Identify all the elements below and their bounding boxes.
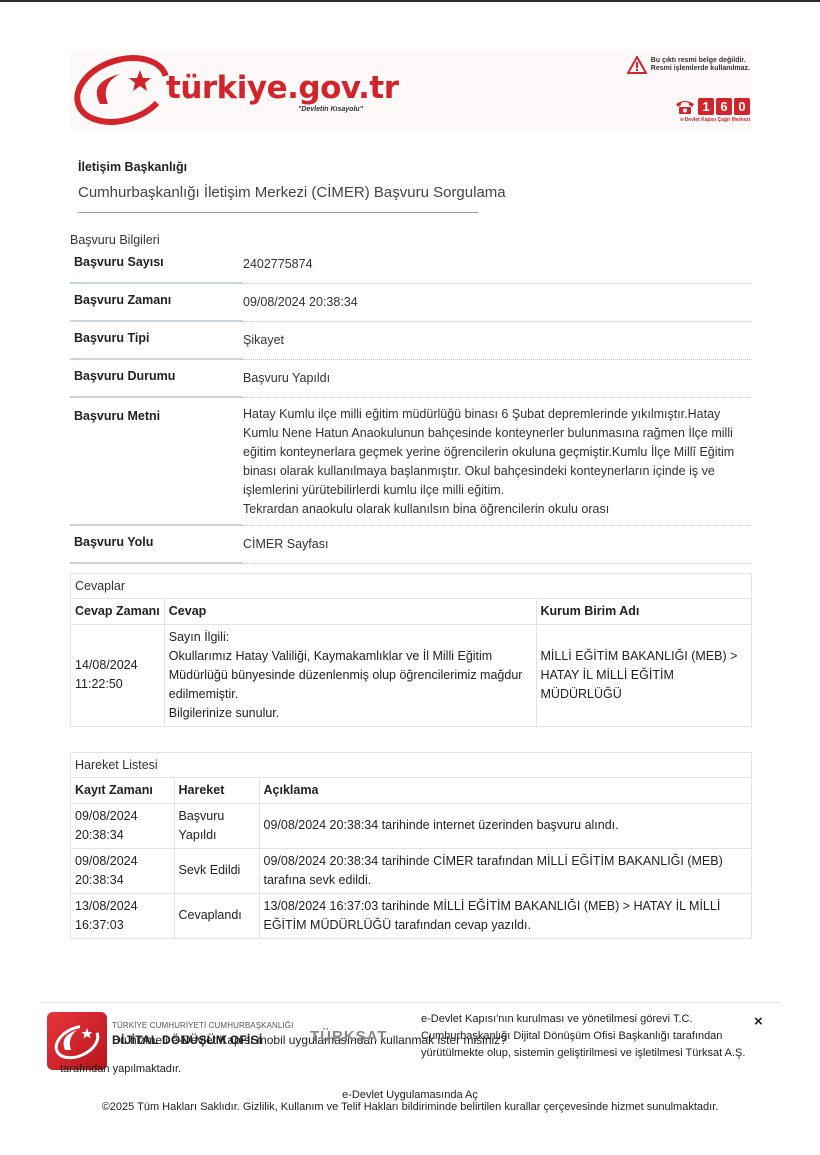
call-digit: 1 (698, 98, 714, 115)
movement-time: 13/08/2024 16:37:03 (71, 893, 174, 938)
logo-slogan: "Devletin Kısayolu" (298, 106, 363, 113)
warning-line-1: Bu çıktı resmi belge değildir. (651, 57, 750, 65)
turksat-logo: TÜRKSAT (310, 1028, 388, 1045)
info-value: Şikayet (243, 322, 752, 360)
answers-title: Cevaplar (71, 574, 751, 599)
column-header: Hareket (174, 778, 259, 803)
info-label: Başvuru Yolu (70, 526, 243, 564)
call-center: 1 6 0 e-Devlet Kapısı Çağrı Merkezi (668, 98, 750, 123)
column-header: Kurum Birim Adı (536, 599, 751, 624)
movement-time: 09/08/2024 20:38:34 (71, 848, 174, 893)
info-value: 09/08/2024 20:38:34 (243, 284, 752, 322)
logo-text: türkiye.gov.tr (166, 70, 398, 106)
info-label: Başvuru Tipi (70, 322, 243, 360)
answer-time: 14/08/2024 11:22:50 (71, 624, 164, 726)
close-icon[interactable]: × (754, 1013, 763, 1030)
presidency-line: TÜRKİYE CUMHURİYETİ CUMHURBAŞKANLIĞI (112, 1021, 293, 1030)
movement-action: Sevk Edildi (174, 848, 259, 893)
title-divider (78, 212, 478, 213)
info-row-status: Başvuru Durumu Başvuru Yapıldı (70, 360, 752, 398)
info-value: Hatay Kumlu ilçe milli eğitim müdürlüğü … (243, 398, 752, 526)
info-section-label: Başvuru Bilgileri (70, 233, 160, 247)
turkiye-gov-logo-icon (70, 52, 170, 128)
info-row-text: Başvuru Metni Hatay Kumlu ilçe milli eği… (70, 398, 752, 526)
table-row: 09/08/2024 20:38:34 Sevk Edildi 09/08/20… (71, 848, 751, 893)
table-row: 14/08/2024 11:22:50 Sayın İlgili: Okulla… (71, 624, 751, 726)
legal-notice-tail: tarafından yapılmaktadır. (60, 1063, 181, 1075)
edevlet-app-icon[interactable] (47, 1012, 107, 1070)
answers-panel: Cevaplar Cevap Zamanı Cevap Kurum Birim … (70, 573, 752, 727)
answers-table: Cevap Zamanı Cevap Kurum Birim Adı 14/08… (71, 599, 751, 726)
movement-desc: 09/08/2024 20:38:34 tarihinde CİMER tara… (259, 848, 751, 893)
info-label: Başvuru Metni (70, 398, 243, 526)
movement-action: Başvuru Yapıldı (174, 803, 259, 848)
phone-icon (674, 99, 696, 115)
movement-desc: 13/08/2024 16:37:03 tarihinde MİLLİ EĞİT… (259, 893, 751, 938)
top-bar (0, 0, 820, 2)
info-label: Başvuru Durumu (70, 360, 243, 398)
movements-title: Hareket Listesi (71, 753, 751, 778)
info-row-channel: Başvuru Yolu CİMER Sayfası (70, 526, 752, 564)
org-name: İletişim Başkanlığı (78, 160, 187, 174)
warning-line-2: Resmi işlemlerde kullanılmaz. (651, 65, 750, 73)
movements-table: Kayıt Zamanı Hareket Açıklama 09/08/2024… (71, 778, 751, 938)
info-value: Başvuru Yapıldı (243, 360, 752, 398)
movement-time: 09/08/2024 20:38:34 (71, 803, 174, 848)
not-official-warning: Bu çıktı resmi belge değildir. Resmi işl… (627, 56, 750, 74)
info-value: 2402775874 (243, 246, 752, 284)
call-digit: 6 (716, 98, 732, 115)
table-row: 13/08/2024 16:37:03 Cevaplandı 13/08/202… (71, 893, 751, 938)
info-row-type: Başvuru Tipi Şikayet (70, 322, 752, 360)
column-header: Cevap (164, 599, 536, 624)
column-header: Açıklama (259, 778, 751, 803)
application-info: Başvuru Sayısı 2402775874 Başvuru Zamanı… (70, 246, 752, 564)
movement-action: Cevaplandı (174, 893, 259, 938)
open-in-app-link[interactable]: e-Devlet Uygulamasında Aç (0, 1089, 820, 1101)
crescent-star-icon (47, 1012, 107, 1070)
movements-panel: Hareket Listesi Kayıt Zamanı Hareket Açı… (70, 752, 752, 939)
info-value: CİMER Sayfası (243, 526, 752, 564)
answer-text: Sayın İlgili: Okullarımız Hatay Valiliği… (164, 624, 536, 726)
movement-desc: 09/08/2024 20:38:34 tarihinde internet ü… (259, 803, 751, 848)
warning-triangle-icon (627, 56, 647, 74)
info-label: Başvuru Sayısı (70, 246, 243, 284)
info-row-number: Başvuru Sayısı 2402775874 (70, 246, 752, 284)
answer-unit: MİLLİ EĞİTİM BAKANLIĞI (MEB) > HATAY İL … (536, 624, 751, 726)
call-center-caption: e-Devlet Kapısı Çağrı Merkezi (668, 117, 750, 123)
page-title: Cumhurbaşkanlığı İletişim Merkezi (CİMER… (78, 184, 506, 201)
legal-notice: e-Devlet Kapısı'nın kurulması ve yönetil… (421, 1011, 766, 1062)
footer-divider (40, 1002, 780, 1003)
copyright-text: ©2025 Tüm Hakları Saklıdır. Gizlilik, Ku… (0, 1101, 820, 1113)
column-header: Kayıt Zamanı (71, 778, 174, 803)
table-row: 09/08/2024 20:38:34 Başvuru Yapıldı 09/0… (71, 803, 751, 848)
call-digit: 0 (734, 98, 750, 115)
info-row-time: Başvuru Zamanı 09/08/2024 20:38:34 (70, 284, 752, 322)
info-label: Başvuru Zamanı (70, 284, 243, 322)
column-header: Cevap Zamanı (71, 599, 164, 624)
header-banner: türkiye.gov.tr "Devletin Kısayolu" Bu çı… (70, 50, 752, 130)
